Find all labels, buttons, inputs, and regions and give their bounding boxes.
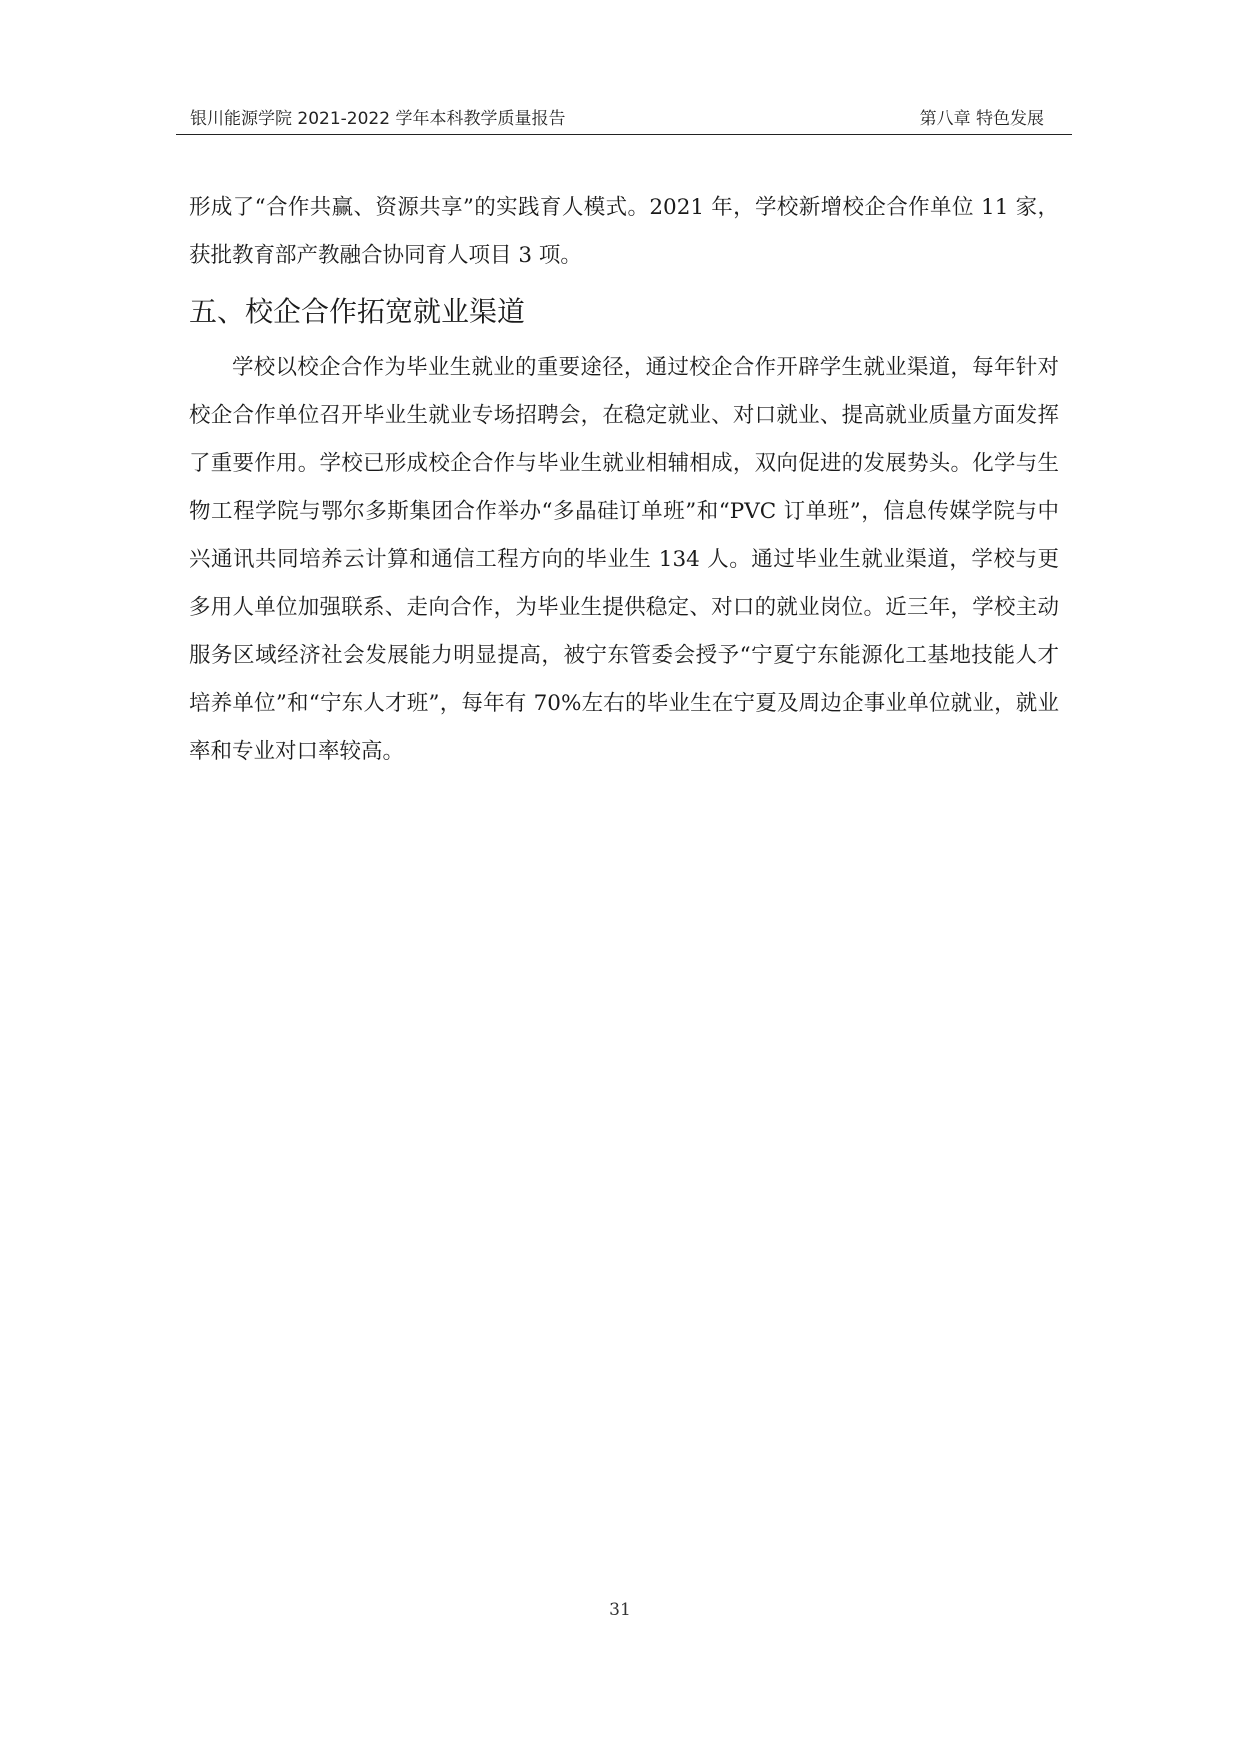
chapter-title: 第八章 特色发展 [920,104,1044,129]
page-content: 形成了“合作共赢、资源共享”的实践育人模式。2021 年，学校新增校企合作单位 … [189,184,1059,776]
intro-paragraph: 形成了“合作共赢、资源共享”的实践育人模式。2021 年，学校新增校企合作单位 … [189,184,1059,280]
page-header: 银川能源学院 2021-2022 学年本科教学质量报告 第八章 特色发展 [176,98,1072,135]
report-title: 银川能源学院 2021-2022 学年本科教学质量报告 [190,104,565,129]
page-number: 31 [0,1600,1240,1620]
section-heading: 五、校企合作拓宽就业渠道 [189,286,1059,338]
section-paragraph: 学校以校企合作为毕业生就业的重要途径，通过校企合作开辟学生就业渠道，每年针对校企… [189,344,1059,776]
